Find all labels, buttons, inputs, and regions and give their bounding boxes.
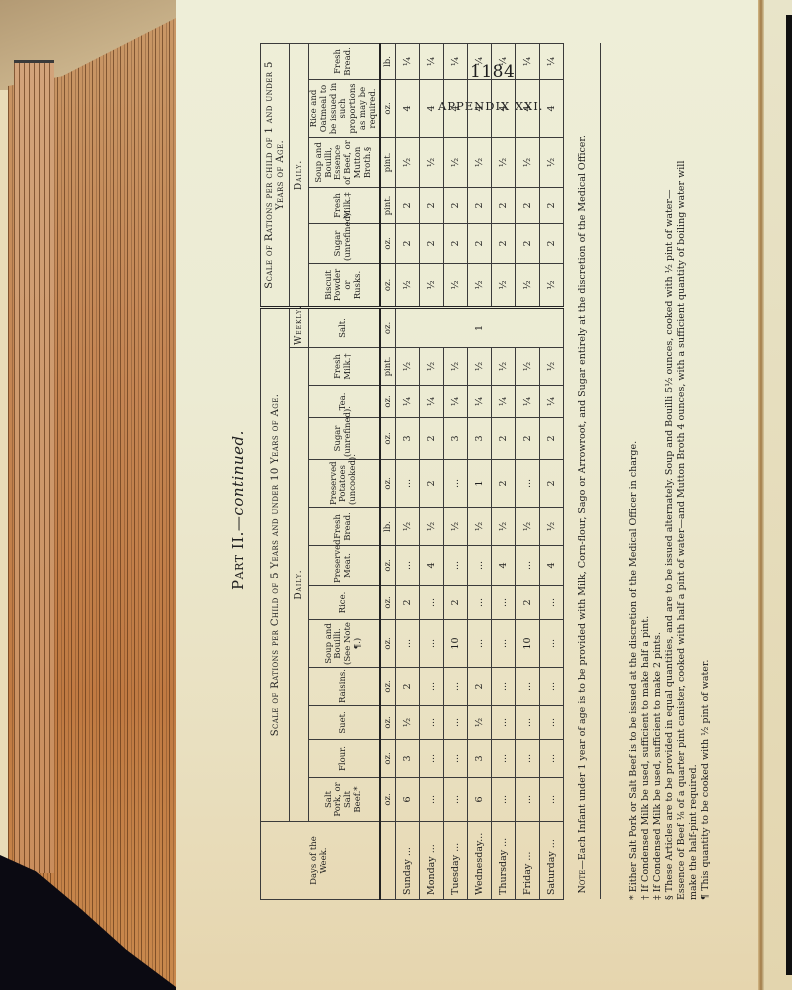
- value-cell: ½: [468, 348, 492, 386]
- value-cell: ½: [420, 348, 444, 386]
- value-cell: 4: [468, 80, 492, 138]
- value-cell: ¼: [492, 386, 516, 418]
- value-cell: 3: [396, 418, 420, 460]
- weekly-header: Weekly.: [290, 308, 309, 348]
- footnote: ‡ If Condensed Milk be used, sufficient …: [652, 120, 664, 900]
- value-cell: 2: [516, 188, 540, 224]
- soup-essence-cell: ½: [540, 138, 564, 188]
- value-cell: 3: [396, 740, 420, 778]
- note-label: Note: [577, 870, 588, 894]
- col-fresh-milk: Fresh Milk.†: [309, 348, 381, 386]
- value-cell: 2: [516, 586, 540, 620]
- younger-group-header: Scale of Rations per child of 1 and unde…: [261, 43, 290, 307]
- col-preserved-potatoes: Preserved Potatoes (uncooked).: [309, 460, 381, 508]
- col-sugar: Sugar (unrefined).: [309, 418, 381, 460]
- value-cell: 3: [468, 740, 492, 778]
- value-cell: ...: [492, 778, 516, 822]
- table-row: Monday .....................4½22¼½½22½4¼: [420, 43, 444, 899]
- value-cell: ...: [396, 620, 420, 668]
- rotated-content: Part II.—continued. Days of the Week. Sc…: [220, 120, 720, 900]
- value-cell: ...: [420, 706, 444, 740]
- day-cell: Sunday ...: [396, 822, 420, 900]
- value-cell: ½: [492, 264, 516, 308]
- next-page-shadow: [786, 15, 792, 975]
- value-cell: ½: [540, 264, 564, 308]
- value-cell: 2: [420, 418, 444, 460]
- value-cell: ¼: [516, 43, 540, 79]
- value-cell: 1: [468, 460, 492, 508]
- footnote: Essence of Beef ⅛ of a quarter pint cani…: [676, 120, 688, 900]
- value-cell: ¼: [468, 386, 492, 418]
- value-cell: 2: [540, 188, 564, 224]
- value-cell: ...: [468, 546, 492, 586]
- value-cell: ...: [540, 740, 564, 778]
- value-cell: ...: [540, 668, 564, 706]
- value-cell: ¼: [540, 43, 564, 79]
- value-cell: ½: [516, 264, 540, 308]
- soup-essence-cell: ½: [444, 138, 468, 188]
- value-cell: 2: [468, 668, 492, 706]
- value-cell: 10: [516, 620, 540, 668]
- younger-daily-header: Daily.: [290, 43, 309, 307]
- value-cell: 2: [540, 418, 564, 460]
- value-cell: ...: [420, 586, 444, 620]
- day-cell: Friday ...: [516, 822, 540, 900]
- value-cell: 2: [396, 668, 420, 706]
- value-cell: 2: [444, 586, 468, 620]
- value-cell: 4: [396, 80, 420, 138]
- days-header: Days of the Week.: [261, 822, 381, 900]
- value-cell: ½: [396, 264, 420, 308]
- value-cell: ½: [492, 508, 516, 546]
- value-cell: ½: [492, 348, 516, 386]
- value-cell: ½: [444, 348, 468, 386]
- footnote: * Either Salt Pork or Salt Beef is to be…: [628, 120, 640, 900]
- value-cell: ...: [540, 586, 564, 620]
- infant-note: Note—Each Infant under 1 year of age is …: [564, 43, 601, 899]
- value-cell: 2: [540, 460, 564, 508]
- table-row: Sunday ...63½2...2...½...3¼½1½22½4¼: [396, 43, 420, 899]
- value-cell: ½: [420, 508, 444, 546]
- rations-table: Days of the Week. Scale of Rations per C…: [260, 43, 601, 900]
- value-cell: 2: [396, 586, 420, 620]
- col-raisins: Raisins.: [309, 668, 381, 706]
- value-cell: 2: [516, 418, 540, 460]
- value-cell: 4: [420, 546, 444, 586]
- value-cell: ¼: [396, 386, 420, 418]
- col-fresh-milk-young: Fresh Milk.‡: [309, 188, 381, 224]
- col-soup-essence: Soup and Bouilli, Essence of Beef, or Mu…: [309, 138, 381, 188]
- value-cell: ½: [420, 264, 444, 308]
- value-cell: 2: [396, 224, 420, 264]
- value-cell: ½: [468, 264, 492, 308]
- value-cell: ...: [516, 546, 540, 586]
- value-cell: 3: [468, 418, 492, 460]
- value-cell: 2: [492, 460, 516, 508]
- value-cell: 4: [492, 80, 516, 138]
- salt-weekly-cell: 1: [396, 308, 564, 348]
- part-label: Part II.: [229, 531, 247, 590]
- value-cell: 3: [444, 418, 468, 460]
- value-cell: ...: [396, 460, 420, 508]
- older-group-header: Scale of Rations per Child of 5 Years an…: [261, 308, 290, 822]
- soup-essence-cell: ½: [516, 138, 540, 188]
- value-cell: ...: [444, 778, 468, 822]
- col-rice: Rice.: [309, 586, 381, 620]
- footnote: make the half-pint required.: [688, 120, 700, 900]
- value-cell: ...: [396, 546, 420, 586]
- value-cell: 4: [420, 80, 444, 138]
- value-cell: ...: [516, 668, 540, 706]
- value-cell: ½: [396, 706, 420, 740]
- value-cell: 2: [420, 460, 444, 508]
- value-cell: ...: [540, 620, 564, 668]
- col-salt: Salt.: [309, 308, 381, 348]
- value-cell: 4: [516, 80, 540, 138]
- footnote: § These Articles are to be provided in e…: [664, 120, 676, 900]
- value-cell: 2: [444, 188, 468, 224]
- col-fresh-bread-young: Fresh Bread.: [309, 43, 381, 79]
- col-soup-bouilli: Soup and Bouilli. (See Note ¶.): [309, 620, 381, 668]
- value-cell: 2: [420, 188, 444, 224]
- value-cell: 4: [540, 546, 564, 586]
- footnote: ¶ This quantity to be cooked with ½ pint…: [700, 120, 712, 900]
- col-preserved-meat: Preserved Meat.: [309, 546, 381, 586]
- col-biscuit-powder: Biscuit Powder or Rusks.: [309, 264, 381, 308]
- value-cell: 4: [444, 80, 468, 138]
- units-row: oz. oz. oz. oz. oz. oz. oz. lb. oz. oz. …: [380, 43, 396, 899]
- value-cell: 4: [492, 546, 516, 586]
- value-cell: ...: [468, 620, 492, 668]
- value-cell: ½: [396, 348, 420, 386]
- soup-essence-cell: ½: [420, 138, 444, 188]
- value-cell: 2: [492, 418, 516, 460]
- footnote: † If Condensed Milk be used, sufficient …: [640, 120, 652, 900]
- value-cell: ¼: [444, 386, 468, 418]
- value-cell: ...: [516, 740, 540, 778]
- value-cell: ...: [420, 668, 444, 706]
- value-cell: ...: [492, 586, 516, 620]
- value-cell: ...: [492, 620, 516, 668]
- value-cell: 2: [540, 224, 564, 264]
- value-cell: ¼: [540, 386, 564, 418]
- value-cell: ¼: [444, 43, 468, 79]
- soup-essence-cell: ½: [492, 138, 516, 188]
- value-cell: ½: [444, 264, 468, 308]
- value-cell: ½: [540, 348, 564, 386]
- value-cell: ½: [444, 508, 468, 546]
- value-cell: ...: [492, 740, 516, 778]
- value-cell: ¼: [396, 43, 420, 79]
- day-cell: Wednesday...: [468, 822, 492, 900]
- value-cell: ...: [420, 740, 444, 778]
- value-cell: 6: [396, 778, 420, 822]
- value-cell: ...: [444, 460, 468, 508]
- value-cell: ½: [516, 508, 540, 546]
- col-salt-pork: Salt Pork, or Salt Beef.*: [309, 778, 381, 822]
- value-cell: ...: [444, 668, 468, 706]
- table-row: Thursday .....................4½22¼½½22½…: [492, 43, 516, 899]
- part-suffix: —continued.: [229, 430, 247, 531]
- value-cell: 2: [396, 188, 420, 224]
- table-row: Tuesday ...............102...½...3¼½½22½…: [444, 43, 468, 899]
- table-row: Wednesday...63½2.........½13¼½½22½4¼: [468, 43, 492, 899]
- value-cell: 6: [468, 778, 492, 822]
- col-rice-oatmeal: Rice and Oatmeal to be issued in such pr…: [309, 80, 381, 138]
- older-daily-header: Daily.: [290, 348, 309, 822]
- day-cell: Tuesday ...: [444, 822, 468, 900]
- value-cell: 2: [492, 224, 516, 264]
- value-cell: ...: [468, 586, 492, 620]
- value-cell: 2: [492, 188, 516, 224]
- value-cell: ...: [444, 706, 468, 740]
- value-cell: 2: [468, 188, 492, 224]
- value-cell: ...: [420, 778, 444, 822]
- value-cell: ¼: [420, 43, 444, 79]
- value-cell: ½: [396, 508, 420, 546]
- value-cell: ½: [468, 508, 492, 546]
- value-cell: ...: [540, 706, 564, 740]
- value-cell: 10: [444, 620, 468, 668]
- value-cell: ...: [444, 740, 468, 778]
- value-cell: ¼: [468, 43, 492, 79]
- value-cell: 4: [540, 80, 564, 138]
- col-flour: Flour.: [309, 740, 381, 778]
- value-cell: ½: [468, 706, 492, 740]
- value-cell: 2: [420, 224, 444, 264]
- value-cell: ...: [540, 778, 564, 822]
- soup-essence-cell: ½: [468, 138, 492, 188]
- value-cell: ¼: [492, 43, 516, 79]
- value-cell: ½: [540, 508, 564, 546]
- table-body: oz. oz. oz. oz. oz. oz. oz. lb. oz. oz. …: [380, 43, 564, 899]
- value-cell: ...: [516, 460, 540, 508]
- table-row: Saturday .....................4½22¼½½22½…: [540, 43, 564, 899]
- value-cell: ...: [516, 778, 540, 822]
- day-cell: Thursday ...: [492, 822, 516, 900]
- value-cell: 2: [468, 224, 492, 264]
- book-edge-strip: [14, 60, 54, 873]
- note-text: —Each Infant under 1 year of age is to b…: [577, 135, 588, 870]
- value-cell: ...: [492, 668, 516, 706]
- value-cell: ...: [516, 706, 540, 740]
- day-cell: Saturday ...: [540, 822, 564, 900]
- value-cell: 2: [516, 224, 540, 264]
- col-fresh-bread: Fresh Bread.: [309, 508, 381, 546]
- value-cell: ½: [516, 348, 540, 386]
- day-cell: Monday ...: [420, 822, 444, 900]
- col-sugar-young: Sugar (unrefined).: [309, 224, 381, 264]
- table-row: Friday ...............102...½...2¼½½22½4…: [516, 43, 540, 899]
- value-cell: ...: [492, 706, 516, 740]
- value-cell: ...: [444, 546, 468, 586]
- soup-essence-cell: ½: [396, 138, 420, 188]
- value-cell: ...: [420, 620, 444, 668]
- value-cell: ¼: [420, 386, 444, 418]
- footnotes: * Either Salt Pork or Salt Beef is to be…: [628, 120, 712, 900]
- col-suet: Suet.: [309, 706, 381, 740]
- value-cell: 2: [444, 224, 468, 264]
- value-cell: ¼: [516, 386, 540, 418]
- part-title: Part II.—continued.: [220, 120, 256, 900]
